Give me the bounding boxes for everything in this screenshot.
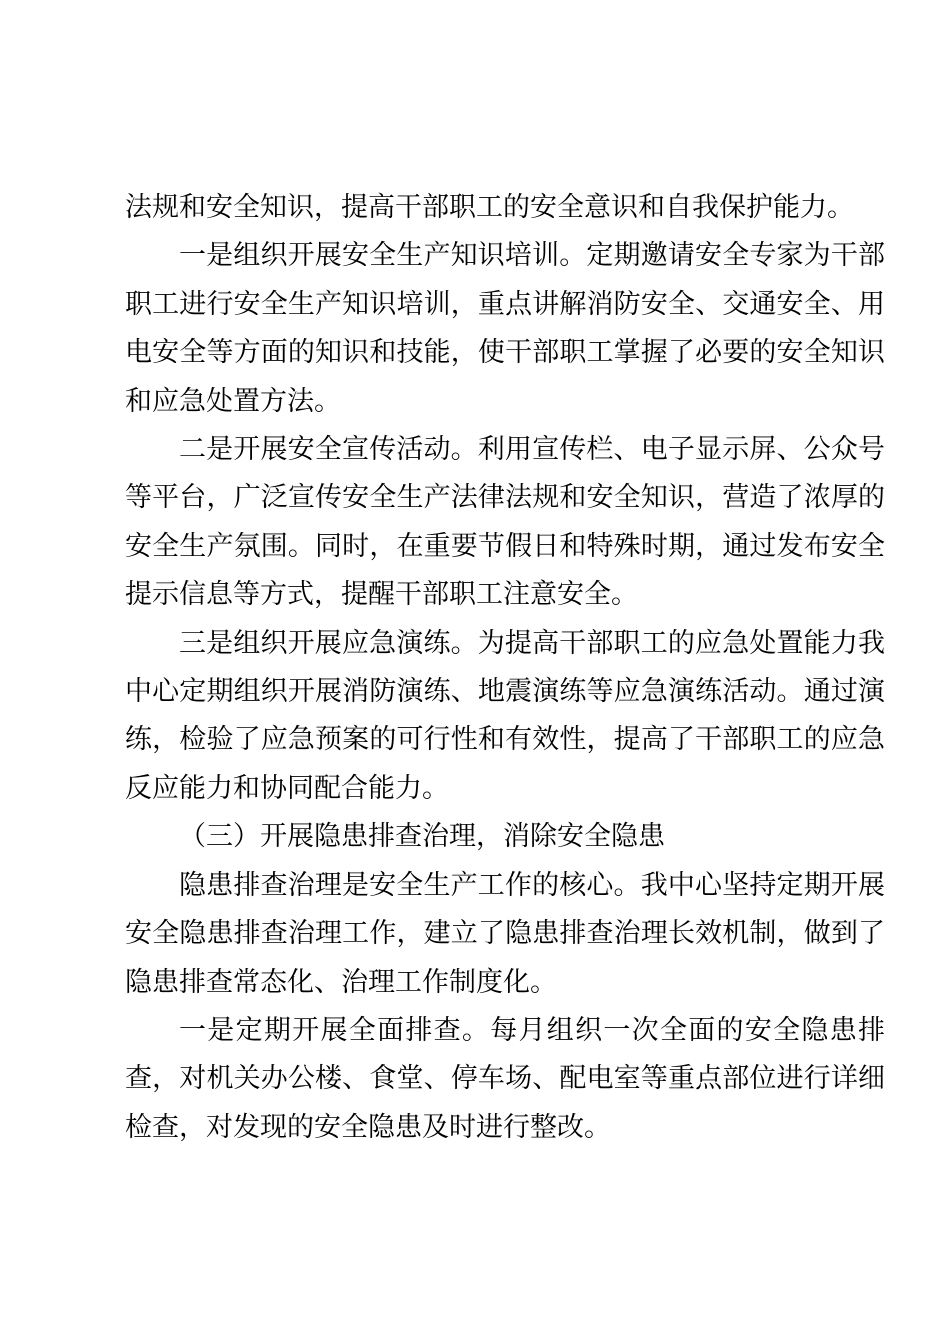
document-body: 法规和安全知识，提高干部职工的安全意识和自我保护能力。 一是组织开展安全生产知识… <box>125 183 885 1151</box>
paragraph-hidden-danger-intro: 隐患排查治理是安全生产工作的核心。我中心坚持定期开展安全隐患排查治理工作，建立了… <box>125 861 885 1006</box>
section-heading-hidden-danger: （三）开展隐患排查治理，消除安全隐患 <box>125 812 885 860</box>
paragraph-publicity: 二是开展安全宣传活动。利用宣传栏、电子显示屏、公众号等平台，广泛宣传安全生产法律… <box>125 425 885 619</box>
document-page: 法规和安全知识，提高干部职工的安全意识和自我保护能力。 一是组织开展安全生产知识… <box>0 0 950 1344</box>
paragraph-regular-inspection: 一是定期开展全面排查。每月组织一次全面的安全隐患排查，对机关办公楼、食堂、停车场… <box>125 1006 885 1151</box>
paragraph-emergency-drill: 三是组织开展应急演练。为提高干部职工的应急处置能力我中心定期组织开展消防演练、地… <box>125 619 885 813</box>
paragraph-training: 一是组织开展安全生产知识培训。定期邀请安全专家为干部职工进行安全生产知识培训，重… <box>125 231 885 425</box>
paragraph-continuation: 法规和安全知识，提高干部职工的安全意识和自我保护能力。 <box>125 183 885 231</box>
